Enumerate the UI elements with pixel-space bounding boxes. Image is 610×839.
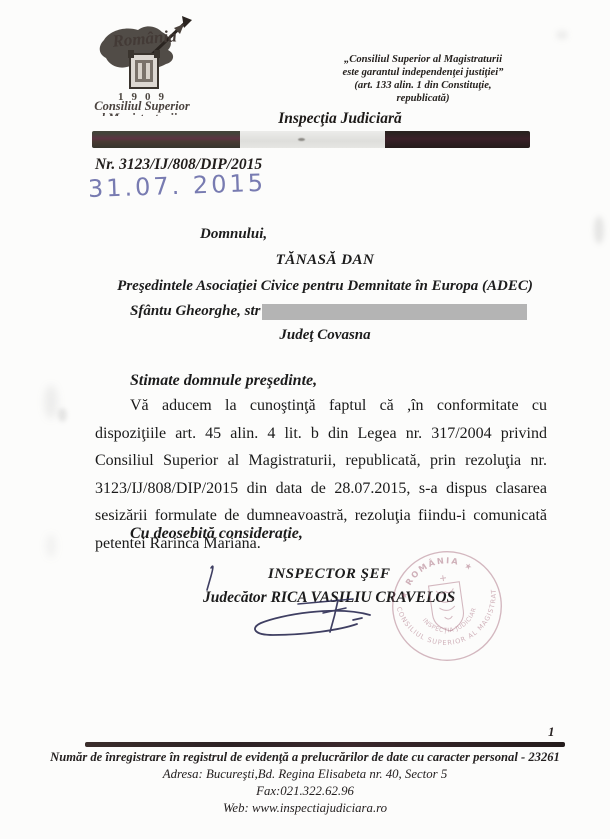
separator-bar-middle-segment [240,131,385,148]
scan-smudge [594,216,604,244]
separator-bar-left-segment [92,131,240,148]
footer-block: Număr de înregistrare în registrul de ev… [0,750,610,816]
csm-emblem-logo: România 1909 Consiliul Superior al Magis… [86,10,204,116]
footer-rule [85,742,565,747]
motto-line-4: republicată) [312,92,534,105]
scan-smudge [556,30,568,40]
recipient-role: Preşedintele Asociaţiei Civice pentru De… [95,278,555,295]
handwritten-date: 31.07. 2015 [88,169,267,203]
address-redaction-bar [262,304,527,320]
recipient-name: TĂNASĂ DAN [95,252,555,269]
letter-greeting: Stimate domnule preşedinte, [130,372,317,390]
separator-bar-right-segment [385,131,530,148]
recipient-salutation: Domnului, [200,226,555,243]
footer-fax: Fax:021.322.62.96 [0,784,610,799]
recipient-address-prefix: Sfântu Gheorghe, str [130,303,260,320]
motto-line-3: (art. 133 alin. 1 din Constituţie, [312,79,534,92]
footer-web: Web: www.inspectiajudiciara.ro [0,801,610,816]
stamp-country-text: ★ ROMÂNIA ★ [393,550,479,601]
motto-line-1: „Consiliul Superior al Magistraturii [312,53,534,66]
scan-smudge [46,534,56,558]
header-separator-bar [92,131,530,148]
recipient-street-line: Sfântu Gheorghe, str [95,303,555,320]
footer-address: Adresa: Bucureşti,Bd. Regina Elisabeta n… [0,767,610,782]
scan-smudge [58,408,67,422]
letter-closing: Cu deosebită consideraţie, [130,525,303,543]
recipient-block: Domnului, TĂNASĂ DAN Preşedintele Asocia… [95,226,555,344]
scanned-letter-page: România 1909 Consiliul Superior al Magis… [0,0,610,839]
motto-line-2: este garantul independenţei justiţiei” [312,66,534,79]
recipient-county: Judeţ Covasna [95,327,555,344]
page-number: 1 [548,724,555,740]
footer-registration: Număr de înregistrare în registrul de ev… [0,750,610,765]
document-title: Inspecţia Judiciară [140,110,540,128]
svg-text:★ ROMÂNIA ★: ★ ROMÂNIA ★ [393,550,479,601]
scan-speck [298,138,305,141]
constitution-motto: „Consiliul Superior al Magistraturii est… [312,53,534,105]
handwritten-signature [185,558,405,648]
scan-smudge [44,385,58,419]
